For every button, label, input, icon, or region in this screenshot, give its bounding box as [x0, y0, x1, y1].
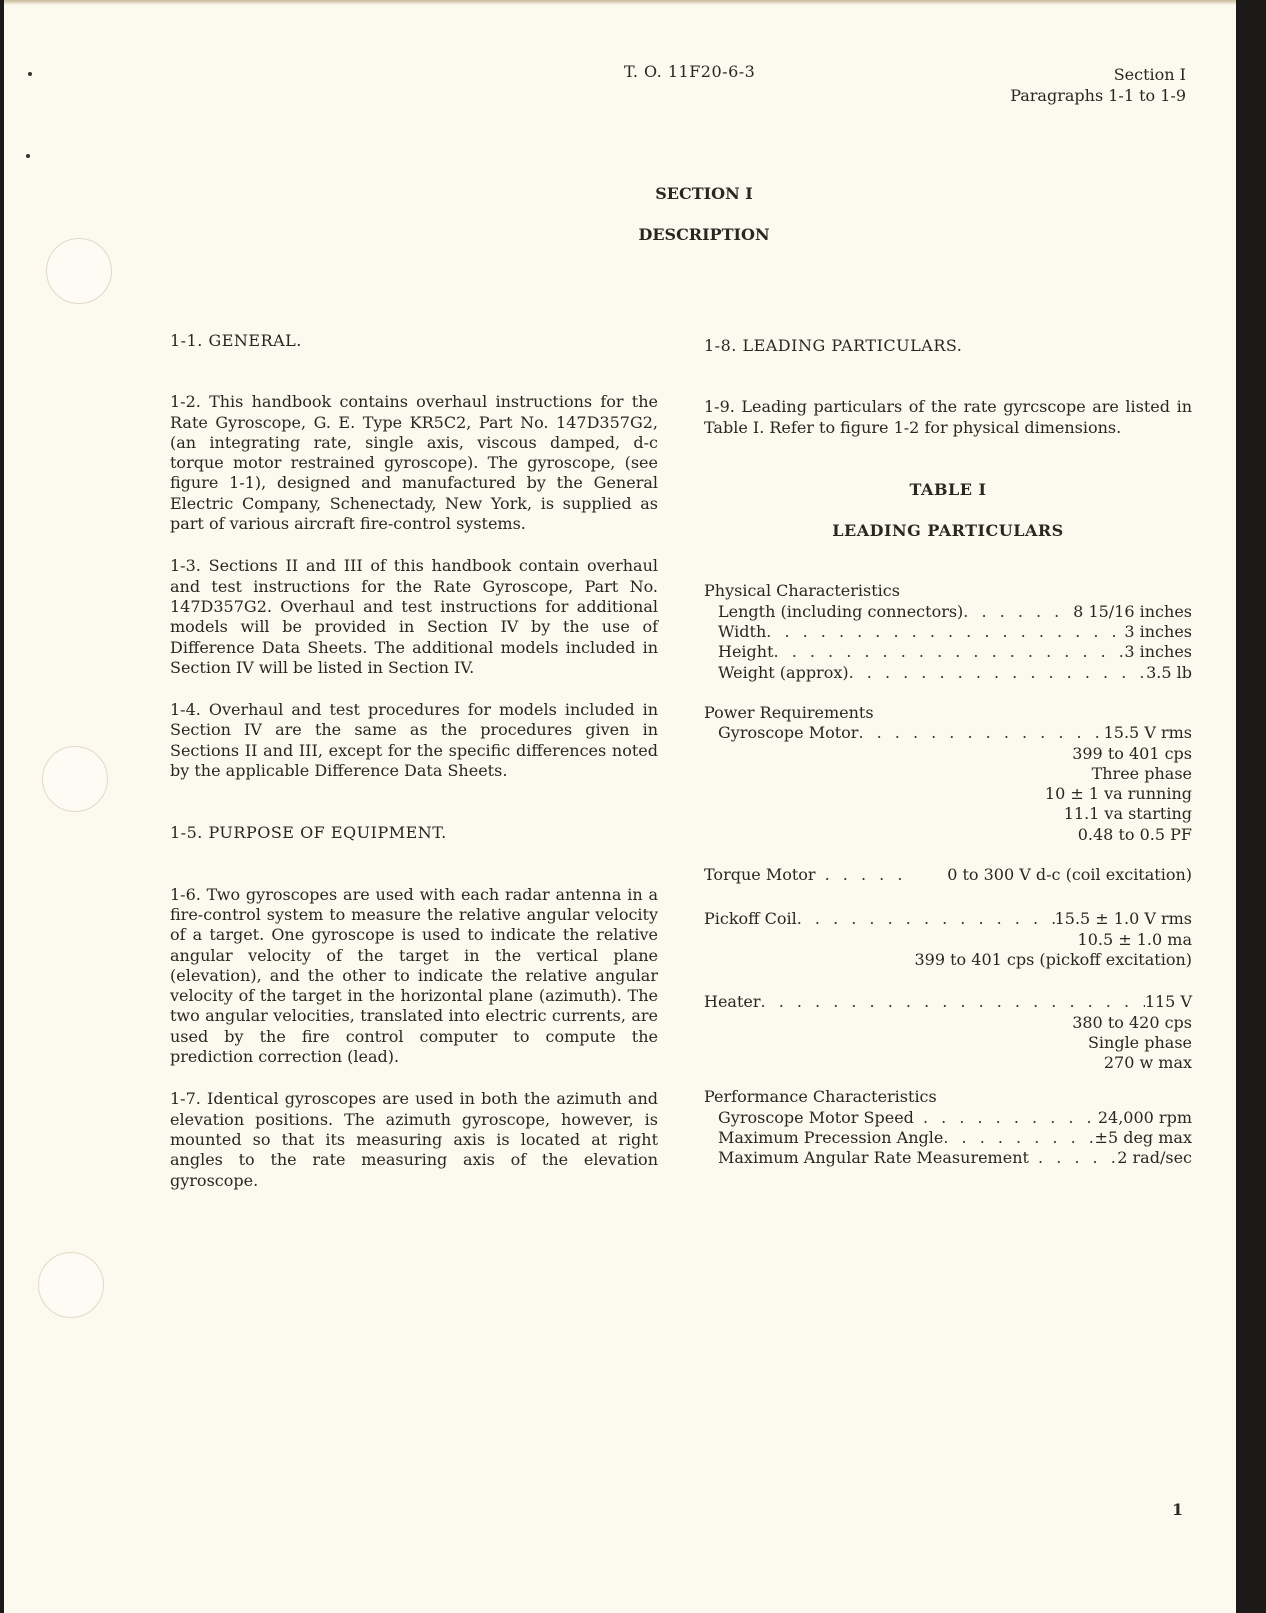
table-row: Maximum Angular Rate Measurement . . . .…	[704, 1148, 1192, 1168]
table-row: Torque Motor . . . . . 0 to 300 V d-c (c…	[704, 865, 1192, 885]
table-row: Gyroscope Motor . . . . . . . . . . . . …	[704, 723, 1192, 743]
paragraph-1-6: 1-6. Two gyroscopes are used with each r…	[170, 885, 658, 1068]
table-row: Height . . . . . . . . . . . . . . . . .…	[704, 642, 1192, 662]
performance-characteristics-group: Performance Characteristics Gyroscope Mo…	[704, 1087, 1192, 1168]
binder-hole	[38, 1252, 104, 1318]
power-requirements-group: Power Requirements Gyroscope Motor . . .…	[704, 703, 1192, 845]
table-row: Weight (approx) . . . . . . . . . . . . …	[704, 663, 1192, 683]
section-subtitle: DESCRIPTION	[4, 225, 1266, 244]
pickoff-coil-group: Pickoff Coil . . . . . . . . . . . . . .…	[704, 909, 1192, 970]
paragraph-1-3: 1-3. Sections II and III of this handboo…	[170, 556, 658, 678]
heading-purpose: 1-5. PURPOSE OF EQUIPMENT.	[170, 823, 658, 843]
section-title: SECTION I	[4, 184, 1266, 203]
left-column: 1-1. GENERAL. 1-2. This handbook contain…	[170, 331, 658, 1191]
torque-motor-group: Torque Motor . . . . . 0 to 300 V d-c (c…	[704, 865, 1192, 885]
heading-leading-particulars: 1-8. LEADING PARTICULARS.	[704, 336, 1192, 356]
power-heading: Power Requirements	[704, 703, 1192, 723]
right-column: 1-8. LEADING PARTICULARS. 1-9. Leading p…	[704, 336, 1192, 1169]
paragraph-1-9: 1-9. Leading particulars of the rate gyr…	[704, 397, 1192, 438]
document-number: T. O. 11F20-6-3	[624, 62, 755, 81]
table-row: Pickoff Coil . . . . . . . . . . . . . .…	[704, 909, 1192, 929]
page-header-right: Section I Paragraphs 1-1 to 1-9	[1010, 64, 1186, 106]
table-title: TABLE I	[704, 480, 1192, 500]
physical-heading: Physical Characteristics	[704, 581, 1192, 601]
paragraph-1-4: 1-4. Overhaul and test procedures for mo…	[170, 700, 658, 781]
paragraph-1-7: 1-7. Identical gyroscopes are used in bo…	[170, 1089, 658, 1190]
paragraph-1-2: 1-2. This handbook contains overhaul ins…	[170, 392, 658, 534]
performance-heading: Performance Characteristics	[704, 1087, 1192, 1107]
heater-group: Heater . . . . . . . . . . . . . . . . .…	[704, 992, 1192, 1073]
paper-speck	[26, 154, 30, 158]
table-row: Heater . . . . . . . . . . . . . . . . .…	[704, 992, 1192, 1012]
page-number: 1	[1172, 1500, 1183, 1519]
document-page: T. O. 11F20-6-3 Section I Paragraphs 1-1…	[4, 0, 1236, 1613]
physical-characteristics-group: Physical Characteristics Length (includi…	[704, 581, 1192, 682]
table-row: Gyroscope Motor Speed . . . . . . . . . …	[704, 1108, 1192, 1128]
table-row: Width . . . . . . . . . . . . . . . . . …	[704, 622, 1192, 642]
header-paragraphs: Paragraphs 1-1 to 1-9	[1010, 85, 1186, 106]
binder-hole	[46, 238, 112, 304]
table-row: Length (including connectors) . . . . . …	[704, 602, 1192, 622]
header-section: Section I	[1010, 64, 1186, 85]
heading-general: 1-1. GENERAL.	[170, 331, 658, 351]
binder-hole	[42, 746, 108, 812]
table-row: Maximum Precession Angle . . . . . . . .…	[704, 1128, 1192, 1148]
paper-speck	[28, 72, 32, 76]
table-subtitle: LEADING PARTICULARS	[704, 521, 1192, 541]
